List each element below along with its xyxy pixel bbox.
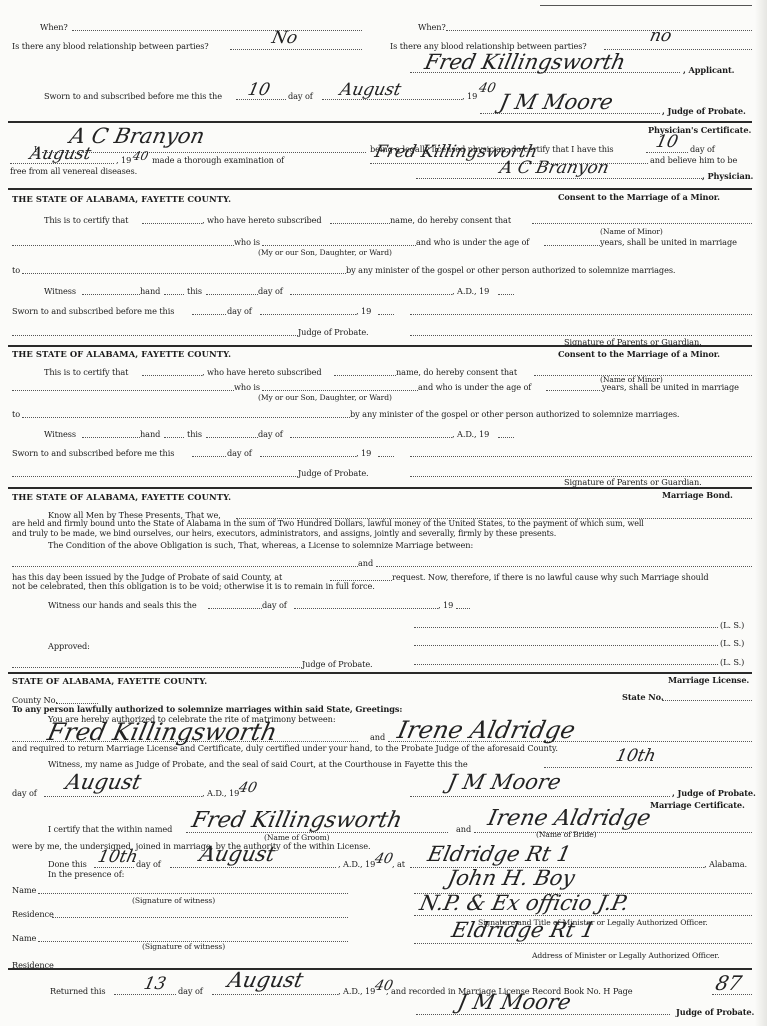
officer-address: Eldridge Rt 1 (450, 920, 597, 941)
caption: Signature of Parents or Guardian. (564, 478, 702, 486)
license-judge-label: , Judge of Probate. (672, 789, 756, 797)
consent-text: this (187, 287, 202, 295)
section-rule (8, 188, 752, 190)
consent-text: This is to certify that (44, 216, 128, 224)
state-heading: THE STATE OF ALABAMA, FAYETTE COUNTY. (12, 195, 231, 203)
when-label-left: When? (40, 23, 68, 31)
caption: Address of Minister or Legally Authorize… (532, 952, 719, 960)
consent-text: Witness (44, 430, 76, 438)
bond-text: Judge of Probate. (302, 660, 373, 668)
caption: (Signature of witness) (132, 897, 215, 905)
consent-text: day of (258, 430, 283, 438)
consent-text: to (12, 410, 20, 418)
license-day: 10th (614, 748, 657, 765)
consent-text: to (12, 266, 20, 274)
consent-text: This is to certify that (44, 368, 128, 376)
bond-text: Witness our hands and seals this the (48, 601, 197, 609)
caption: (My or our Son, Daughter, or Ward) (258, 249, 392, 257)
consent-text: Judge of Probate. (298, 328, 369, 336)
certificate-text: and (456, 825, 471, 833)
license-judge-signature: J M Moore (446, 772, 563, 793)
blood-answer-left: No (270, 30, 299, 47)
blood-question-left: Is there any blood relationship between … (12, 42, 209, 50)
returned-month: August (226, 970, 305, 991)
record-page: 87 (714, 973, 744, 993)
consent-text: Witness (44, 287, 76, 295)
section-rule (8, 487, 752, 489)
section-rule (8, 672, 752, 674)
witness-name-label: Name (12, 886, 36, 894)
judge-label-1: , Judge of Probate. (662, 107, 746, 115)
seal-label: (L. S.) (720, 639, 744, 647)
consent-text: by any minister of the gospel or other p… (346, 266, 675, 274)
state-heading: THE STATE OF ALABAMA, FAYETTE COUNTY. (12, 493, 231, 501)
witness-name-label: Name (12, 934, 36, 942)
license-groom: Fred Killingsworth (45, 720, 279, 744)
bond-text: The Condition of the above Obligation is… (48, 541, 473, 549)
certificate-text: In the presence of: (48, 870, 124, 878)
returned-day: 13 (142, 976, 167, 993)
section-rule (8, 121, 752, 123)
bond-text: and (358, 559, 373, 567)
certificate-text: Done this (48, 860, 87, 868)
state-heading: STATE OF ALABAMA, FAYETTE COUNTY. (12, 677, 207, 685)
consent-title: Consent to the Marriage of a Minor. (558, 350, 720, 358)
certificate-text: were by me, the undersigned, joined in m… (12, 842, 371, 850)
consent-text: years, shall be united in marriage (600, 238, 737, 246)
consent-text: , 19 (356, 307, 371, 315)
physician-sig-label: , Physician. (702, 172, 753, 180)
certificate-title: Marriage Certificate. (650, 801, 745, 809)
section-rule (8, 968, 752, 970)
consent-text: , A.D., 19 (452, 287, 489, 295)
certificate-text: , Alabama. (704, 860, 747, 868)
consent-text: who is (234, 238, 260, 246)
approved-label: Approved: (48, 642, 90, 650)
physician-day-of: day of (690, 145, 715, 153)
bond-text: , 19 (438, 601, 453, 609)
consent-text: by any minister of the gospel or other p… (350, 410, 679, 418)
consent-text: name, do hereby consent that (396, 368, 517, 376)
consent-text: , who have hereto subscribed (202, 216, 322, 224)
consent-text: this (187, 430, 202, 438)
license-bride: Irene Aldridge (395, 718, 577, 742)
sworn-text: Sworn to and subscribed before me this t… (44, 92, 222, 100)
bond-text: request. Now, therefore, if there is no … (392, 573, 708, 581)
consent-text: , A.D., 19 (452, 430, 489, 438)
bond-text: and truly to be made, we bind ourselves,… (12, 530, 556, 538)
seal-label: (L. S.) (720, 658, 744, 666)
sworn-year-prefix: , 19 (462, 92, 477, 100)
when-label-right: When? (418, 23, 446, 31)
sworn-day: 10 (246, 82, 271, 99)
returned-text: Returned this (50, 987, 106, 995)
applicant-label: , Applicant. (683, 66, 734, 74)
judge-signature-1: J M Moore (498, 92, 615, 113)
consent-text: Sworn to and subscribed before me this (12, 449, 174, 457)
certificate-text: I certify that the within named (48, 825, 172, 833)
returned-text: , A.D., 19 (338, 987, 375, 995)
caption: (Signature of witness) (142, 943, 225, 951)
physician-text2: made a thorough examination of (152, 156, 284, 164)
returned-judge-signature: J M Moore (456, 992, 573, 1013)
physician-signature: A C Branyon (498, 160, 610, 177)
consent-text: and who is under the age of (418, 383, 531, 391)
seal-label: (L. S.) (720, 621, 744, 629)
consent-text: day of (227, 449, 252, 457)
returned-judge-label: Judge of Probate. (676, 1008, 754, 1016)
certificate-text: , at (392, 860, 405, 868)
license-title: Marriage License. (668, 676, 749, 684)
consent-text: name, do hereby consent that (390, 216, 511, 224)
sworn-day-of: day of (288, 92, 313, 100)
license-text: To any person lawfully authorized to sol… (12, 705, 402, 713)
caption: (My or our Son, Daughter, or Ward) (258, 394, 392, 402)
certificate-day: 10th (96, 849, 139, 866)
consent-text: , who have hereto subscribed (202, 368, 322, 376)
top-line (540, 5, 752, 6)
section-rule (8, 345, 752, 347)
page-edge-shadow (755, 0, 767, 1026)
physician-text3: and believe him to be (650, 156, 737, 164)
bond-title: Marriage Bond. (662, 491, 733, 499)
license-year: 40 (238, 781, 259, 795)
officer-title: N.P. & Ex officio J.P. (418, 893, 631, 914)
certificate-place: Eldridge Rt 1 (426, 844, 573, 865)
consent-text: hand (140, 287, 160, 295)
certificate-month: August (198, 844, 277, 865)
bond-text: are held and firmly bound unto the State… (12, 520, 644, 528)
sworn-month: August (338, 82, 402, 99)
license-text: Witness, my name as Judge of Probate, an… (48, 760, 468, 768)
officer-signature: John H. Boy (446, 868, 577, 889)
sworn-year: 40 (478, 82, 497, 95)
license-text: and (370, 733, 385, 741)
license-text: day of (12, 789, 37, 797)
blood-question-right: Is there any blood relationship between … (390, 42, 587, 50)
county-no-label: County No. (12, 696, 58, 704)
consent-text: day of (227, 307, 252, 315)
consent-title: Consent to the Marriage of a Minor. (558, 193, 720, 201)
physician-text4: free from all venereal diseases. (10, 167, 137, 175)
certificate-groom: Fred Killingsworth (190, 810, 404, 832)
returned-text: day of (178, 987, 203, 995)
consent-text: day of (258, 287, 283, 295)
bond-text: has this day been issued by the Judge of… (12, 573, 282, 581)
consent-text: years, shall be united in marriage (602, 383, 739, 391)
state-heading: THE STATE OF ALABAMA, FAYETTE COUNTY. (12, 350, 231, 358)
consent-text: Judge of Probate. (298, 469, 369, 477)
bond-text: Know all Men by These Presents, That we, (48, 511, 221, 519)
physician-year-prefix: , 19 (116, 156, 131, 164)
physician-year: 40 (132, 150, 150, 162)
consent-text: Sworn to and subscribed before me this (12, 307, 174, 315)
certificate-bride: Irene Aldridge (486, 808, 653, 830)
witness-residence-label: Residence (12, 910, 54, 918)
physician-month: August (28, 146, 92, 163)
physician-day: 10 (654, 134, 679, 151)
state-no-label: State No. (622, 693, 664, 701)
applicant-signature: Fred Killingsworth (423, 52, 628, 73)
license-text: and required to return Marriage License … (12, 744, 558, 752)
license-month: August (64, 772, 143, 793)
bond-text: not be celebrated, then this obligation … (12, 582, 375, 590)
bond-text: day of (262, 601, 287, 609)
caption: (Name of Bride) (536, 831, 597, 839)
consent-text: hand (140, 430, 160, 438)
consent-text: and who is under the age of (416, 238, 529, 246)
caption: (Name of Minor) (600, 228, 663, 236)
blood-answer-right: no (648, 28, 673, 45)
license-text: , A.D., 19 (202, 789, 239, 797)
certificate-text: day of (136, 860, 161, 868)
consent-text: , 19 (356, 449, 371, 457)
certificate-text: , A.D., 19 (338, 860, 375, 868)
consent-text: who is (234, 383, 260, 391)
